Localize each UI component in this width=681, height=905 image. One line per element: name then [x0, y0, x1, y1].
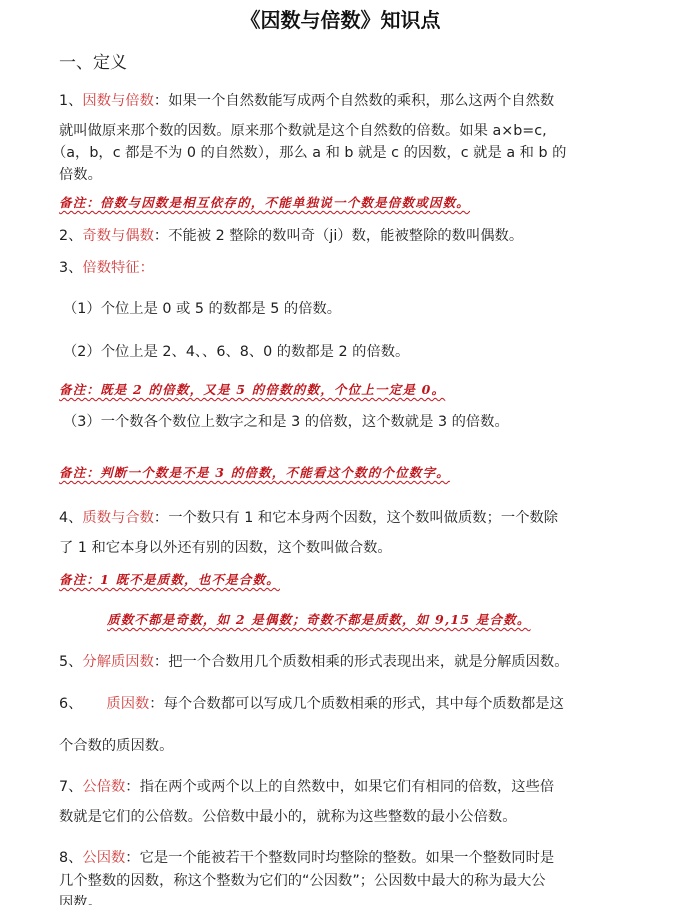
- item-number: 5、: [59, 654, 82, 670]
- section-heading: 一、定义: [59, 48, 127, 73]
- term: 公因数: [82, 850, 125, 866]
- item-4-line-2: 了 1 和它本身以外还有别的因数，这个数叫做合数。: [59, 538, 392, 558]
- item-7-line-2: 数就是它们的公倍数。公倍数中最小的，就称为这些整数的最小公倍数。: [59, 807, 517, 827]
- item-number: 2、: [59, 228, 82, 244]
- item-8-line-2: 几个整数的因数，称这个整数为它们的“公因数”；公因数中最大的称为最大公: [59, 871, 546, 891]
- definition-text: 如果一个自然数能写成两个自然数的乘积，那么这两个自然数: [168, 93, 554, 109]
- note-one-neither: 备注：1 既不是质数，也不是合数。: [59, 570, 280, 590]
- definition-text: 它是一个能被若干个整数同时均整除的整数。如果一个整数同时是: [140, 850, 555, 866]
- item-6-line-2: 个合数的质因数。: [59, 736, 173, 756]
- item-1-line-3: （a，b，c 都是不为 0 的自然数），那么 a 和 b 就是 c 的因数，c …: [52, 143, 566, 163]
- colon: ：: [154, 228, 168, 244]
- item-8-line-1: 8、公因数：它是一个能被若干个整数同时均整除的整数。如果一个整数同时是: [59, 848, 554, 868]
- term: 因数与倍数: [82, 93, 153, 109]
- colon: ：: [125, 850, 139, 866]
- definition-text: 把一个合数用几个质数相乘的形式表现出来，就是分解质因数。: [168, 654, 568, 670]
- item-number: 8、: [59, 850, 82, 866]
- term: 质因数: [106, 696, 149, 712]
- term: 分解质因数: [82, 654, 153, 670]
- term: 倍数特征: [82, 260, 139, 276]
- note-multiple-of-2-and-5: 备注：既是 2 的倍数，又是 5 的倍数的数，个位上一定是 0。: [59, 380, 445, 400]
- note-multiple-of-3: 备注：判断一个数是不是 3 的倍数，不能看这个数的个位数字。: [59, 463, 450, 483]
- note-interdependence: 备注：倍数与因数是相互依存的，不能单独说一个数是倍数或因数。: [59, 193, 470, 213]
- colon: ：: [154, 510, 168, 526]
- rule-multiple-of-2: （2）个位上是 2、4、、6、8、0 的数都是 2 的倍数。: [63, 342, 409, 362]
- item-3: 3、倍数特征：: [59, 258, 154, 278]
- item-1-line-4: 倍数。: [59, 165, 102, 185]
- item-number: 7、: [59, 779, 82, 795]
- item-number: 4、: [59, 510, 82, 526]
- definition-text: 不能被 2 整除的数叫奇（ji）数，能被整除的数叫偶数。: [168, 228, 523, 244]
- document-title: 《因数与倍数》知识点: [0, 4, 681, 33]
- definition-text: 每个合数都可以写成几个质数相乘的形式，其中每个质数都是这: [164, 696, 564, 712]
- term: 质数与合数: [82, 510, 153, 526]
- item-8-line-3: 因数。: [59, 893, 102, 905]
- colon: ：: [140, 260, 154, 276]
- term: 奇数与偶数: [82, 228, 153, 244]
- definition-text: 指在两个或两个以上的自然数中，如果它们有相同的倍数，这些倍: [140, 779, 555, 795]
- item-number: 6、: [59, 696, 82, 712]
- colon: ：: [149, 696, 163, 712]
- item-5: 5、分解质因数：把一个合数用几个质数相乘的形式表现出来，就是分解质因数。: [59, 652, 569, 672]
- colon: ：: [154, 654, 168, 670]
- item-7-line-1: 7、公倍数：指在两个或两个以上的自然数中，如果它们有相同的倍数，这些倍: [59, 777, 554, 797]
- colon: ：: [125, 779, 139, 795]
- item-1-line-2: 就叫做原来那个数的因数。原来那个数就是这个自然数的倍数。如果 a×b=c,: [59, 121, 547, 141]
- item-number: 3、: [59, 260, 82, 276]
- item-4-line-1: 4、质数与合数：一个数只有 1 和它本身两个因数，这个数叫做质数；一个数除: [59, 508, 558, 528]
- term: 公倍数: [82, 779, 125, 795]
- note-prime-odd: 质数不都是奇数，如 2 是偶数；奇数不都是质数，如 9,15 是合数。: [107, 610, 531, 630]
- colon: ：: [154, 93, 168, 109]
- item-6-line-1: 6、质因数：每个合数都可以写成几个质数相乘的形式，其中每个质数都是这: [59, 694, 564, 714]
- definition-text: 一个数只有 1 和它本身两个因数，这个数叫做质数；一个数除: [168, 510, 558, 526]
- item-2: 2、奇数与偶数：不能被 2 整除的数叫奇（ji）数，能被整除的数叫偶数。: [59, 226, 523, 246]
- rule-multiple-of-5: （1）个位上是 0 或 5 的数都是 5 的倍数。: [63, 299, 341, 319]
- rule-multiple-of-3: （3）一个数各个数位上数字之和是 3 的倍数，这个数就是 3 的倍数。: [63, 412, 509, 432]
- item-number: 1、: [59, 93, 82, 109]
- item-1-line-1: 1、因数与倍数：如果一个自然数能写成两个自然数的乘积，那么这两个自然数: [59, 91, 554, 111]
